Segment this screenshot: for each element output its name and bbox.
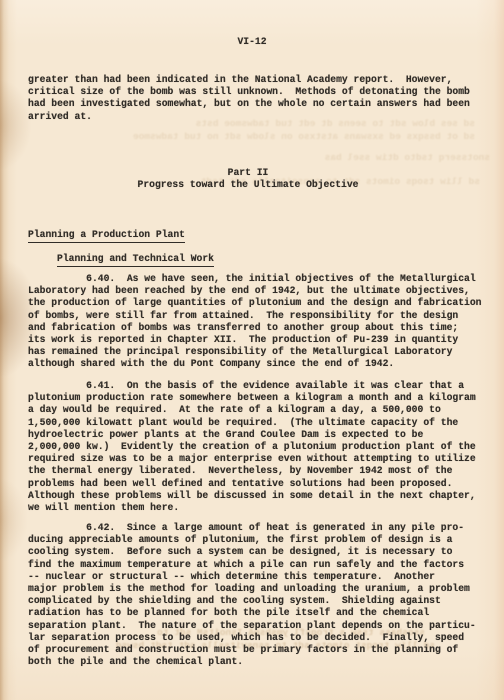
page-number: VI-12	[0, 36, 504, 48]
text-line: of bombs, were still far from attained. …	[28, 310, 481, 322]
text-line: problems had been well defined and tenta…	[28, 478, 476, 490]
part-title-line2: Progress toward the Ultimate Objective	[28, 179, 468, 191]
part-title-line1: Part II	[28, 167, 468, 179]
text-line: the production of large quantities of pl…	[28, 297, 481, 309]
text-line: 6.41. On the basis of the evidence avail…	[28, 380, 476, 392]
text-line: hydroelectric power plants at the Grand …	[28, 429, 476, 441]
text-line: of procurement and construction must be …	[28, 644, 476, 656]
text-line: plutonium production rate somewhere betw…	[28, 392, 476, 404]
text-line: major problem is the method for loading …	[28, 583, 476, 595]
text-line: cooling system. Before such a system can…	[28, 546, 476, 558]
section-heading-text: Planning a Production Plant	[28, 229, 185, 243]
text-line: 6.40. As we have seen, the initial objec…	[28, 273, 481, 285]
text-line: required size was to be a major enterpri…	[28, 453, 476, 465]
text-line: both the pile and the chemical plant.	[28, 656, 476, 668]
text-line: has remained the principal responsibilit…	[28, 346, 481, 358]
text-line: -- nuclear or structural -- which determ…	[28, 571, 476, 583]
page-number-text: VI-12	[0, 36, 504, 48]
text-line: although shared with the du Pont Company…	[28, 358, 481, 370]
text-line: a day would be required. At the rate of …	[28, 404, 476, 416]
paragraph-642: 6.42. Since a large amount of heat is ge…	[28, 522, 476, 668]
bleedthrough-line: sd ot bssqxs ed sxswans atstxso on slodw…	[60, 131, 475, 143]
text-line: radiation has to be planned for both the…	[28, 607, 476, 619]
text-line: complicated by the shielding and the coo…	[28, 595, 476, 607]
text-line: 6.42. Since a large amount of heat is ge…	[28, 522, 476, 534]
text-line: we will mention them here.	[28, 502, 476, 514]
text-line: Laboratory had been reached by the end o…	[28, 285, 481, 297]
text-line: Although these problems will be discusse…	[28, 490, 476, 502]
text-line: had been investigated somewhat, but on t…	[28, 98, 470, 110]
text-line: 1,500,000 kilowatt plant would be requir…	[28, 417, 476, 429]
section-heading-production-plant: Planning a Production Plant	[28, 224, 185, 243]
subsection-heading-technical-work: Planning and Technical Work	[57, 248, 214, 267]
text-line: 2,000,000 kw.) Evidently the creation of…	[28, 441, 476, 453]
paragraph-641: 6.41. On the basis of the evidence avail…	[28, 380, 476, 514]
document-page: sd ses blow sdt to seens dt edt tud tadw…	[0, 0, 504, 700]
text-line: ducing appreciable amounts of plutonium,…	[28, 534, 476, 546]
paragraph-intro: greater than had been indicated in the N…	[28, 74, 470, 123]
bleedthrough-line: snotsserq tsdto dtiw ssel bas	[170, 152, 490, 164]
text-line: the thermal energy liberated. Neverthele…	[28, 465, 476, 477]
text-line: its work is reported in Chapter XII. The…	[28, 334, 481, 346]
paragraph-640: 6.40. As we have seen, the initial objec…	[28, 273, 481, 371]
subsection-heading-text: Planning and Technical Work	[57, 253, 214, 267]
text-line: separation plant. The nature of the sepa…	[28, 620, 476, 632]
text-line: and fabrication of bombs was transferred…	[28, 322, 481, 334]
text-line: find the maximum temperature at which a …	[28, 559, 476, 571]
part-title: Part II Progress toward the Ultimate Obj…	[28, 167, 468, 191]
text-line: lar separation process to be used, which…	[28, 632, 476, 644]
text-line: greater than had been indicated in the N…	[28, 74, 470, 86]
text-line: critical size of the bomb was still unkn…	[28, 86, 470, 98]
text-line: arrived at.	[28, 111, 470, 123]
